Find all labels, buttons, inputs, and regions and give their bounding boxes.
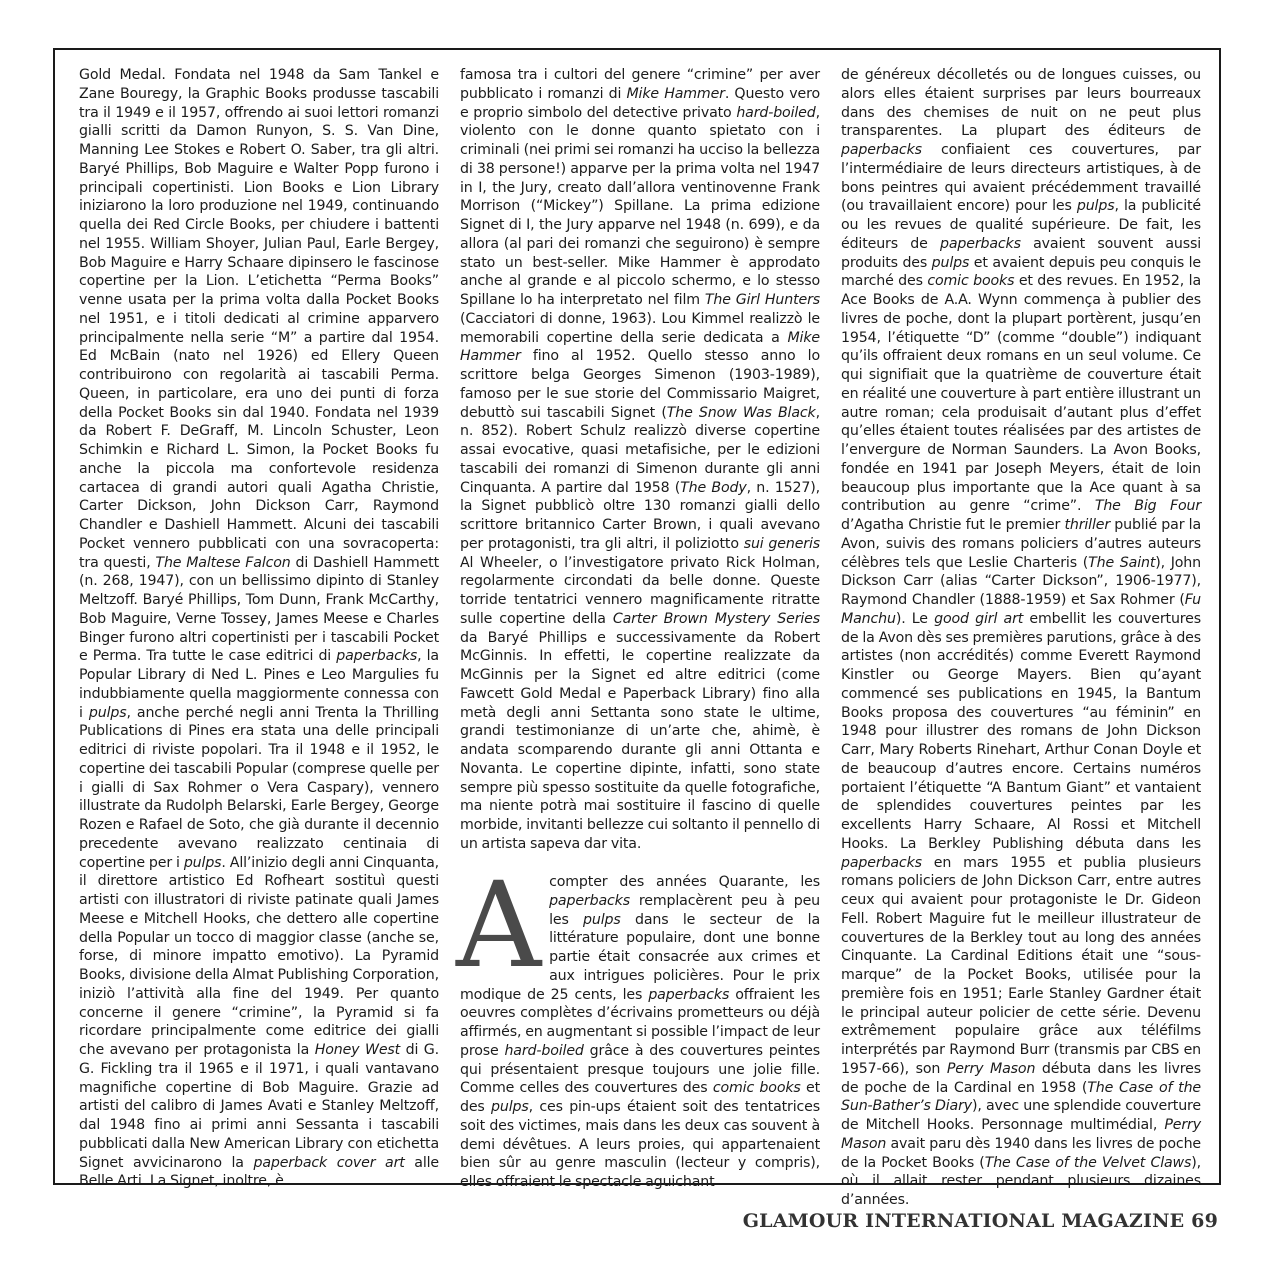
body-text: d’Agatha Christie fut le premier — [841, 517, 1064, 533]
article-column-3-french: de généreux décolletés ou de longues cui… — [841, 66, 1201, 1210]
italic-title-text: pulps — [491, 1099, 529, 1115]
body-text: , violento con le donne quanto spietato … — [460, 105, 820, 309]
body-text: da Baryé Phillips e successivamente da R… — [460, 630, 820, 852]
drop-cap-letter: A — [456, 875, 541, 975]
article-column-1-italian: Gold Medal. Fondata nel 1948 da Sam Tank… — [79, 66, 439, 1191]
italic-title-text: The Case of the Velvet Claws — [985, 1155, 1192, 1171]
italic-title-text: comic books — [713, 1080, 801, 1096]
paragraph: de généreux décolletés ou de longues cui… — [841, 66, 1201, 1210]
italic-title-text: Honey West — [315, 1042, 400, 1058]
article-column-2-french: A compter des années Quarante, les paper… — [460, 873, 820, 1192]
italic-title-text: paperbacks — [841, 142, 922, 158]
body-text: Gold Medal. Fondata nel 1948 da Sam Tank… — [79, 67, 439, 571]
italic-title-text: paperbacks — [336, 648, 417, 664]
italic-title-text: The Snow Was Black — [667, 405, 816, 421]
italic-title-text: Perry Mason — [947, 1061, 1035, 1077]
italic-title-text: paperbacks — [841, 855, 922, 871]
italic-title-text: paperbacks — [648, 987, 729, 1003]
italic-title-text: Carter Brown Mystery Series — [613, 611, 820, 627]
italic-title-text: Mike Hammer — [626, 86, 724, 102]
italic-title-text: comic books — [927, 273, 1014, 289]
body-text: compter des années Quarante, les — [549, 874, 820, 890]
italic-title-text: hard-boiled — [504, 1043, 583, 1059]
italic-title-text: pulps — [89, 705, 127, 721]
italic-title-text: The Saint — [1088, 555, 1155, 571]
italic-title-text: The Girl Hunters — [705, 292, 820, 308]
italic-title-text: hard-boiled — [736, 105, 815, 121]
paragraph: famosa tra i cultori del genere “crimine… — [460, 66, 820, 854]
page-footer: GLAMOUR INTERNATIONAL MAGAZINE 69 — [743, 1210, 1218, 1232]
italic-title-text: paperback cover art — [253, 1155, 404, 1171]
italic-title-text: The Maltese Falcon — [155, 555, 290, 571]
body-text: ). Le — [896, 611, 934, 627]
body-text: de généreux décolletés ou de longues cui… — [841, 67, 1201, 139]
italic-title-text: The Body — [680, 480, 746, 496]
italic-title-text: paperbacks — [940, 236, 1021, 252]
italic-title-text: pulps — [583, 912, 621, 928]
paragraph: Gold Medal. Fondata nel 1948 da Sam Tank… — [79, 66, 439, 1191]
italic-title-text: paperbacks — [549, 893, 630, 909]
italic-title-text: The Big Four — [1095, 498, 1201, 514]
article-column-2-italian: famosa tra i cultori del genere “crimine… — [460, 66, 820, 854]
body-text: embellit les couvertures de la Avon dès … — [841, 611, 1201, 852]
italic-title-text: pulps — [932, 255, 970, 271]
body-text: . All’inizio degli anni Cinquanta, il di… — [79, 855, 439, 1059]
body-text: di G. G. Fickling tra il 1965 e il 1971,… — [79, 1042, 439, 1171]
italic-title-text: pulps — [1077, 198, 1115, 214]
italic-title-text: pulps — [184, 855, 222, 871]
italic-title-text: good girl art — [934, 611, 1023, 627]
body-text: (Cacciatori di donne, 1963). Lou Kimmel … — [460, 311, 820, 346]
body-text: en mars 1955 et publia plusieurs romans … — [841, 855, 1201, 1077]
italic-title-text: sui generis — [744, 536, 820, 552]
body-text: , anche perché negli anni Trenta la Thri… — [79, 705, 439, 871]
italic-title-text: thriller — [1064, 517, 1110, 533]
body-text: et des revues. En 1952, la Ace Books de … — [841, 273, 1201, 514]
